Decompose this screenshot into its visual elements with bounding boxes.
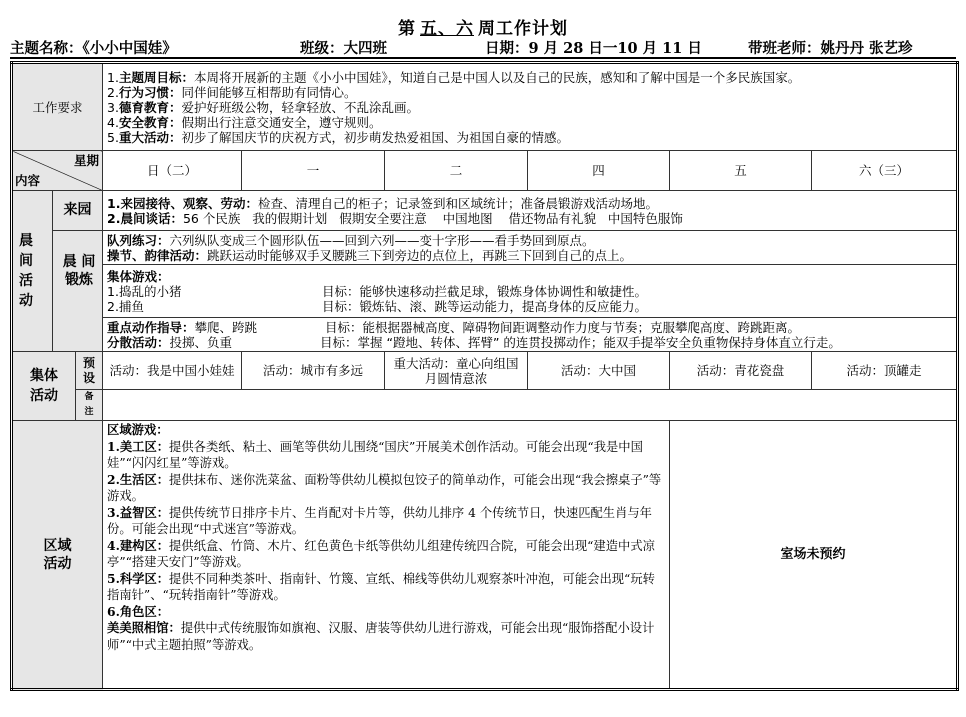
day-header: 二 <box>385 151 528 191</box>
group-activity-notes <box>103 390 958 421</box>
morning-exercise-label: 晨 间 锻炼 <box>53 231 103 352</box>
arrival-content: 1.来园接待、观察、劳动：检查、清理自己的柜子；记录签到和区域统计；准备晨锻游戏… <box>103 191 958 231</box>
area-item-title: 5.科学区： <box>107 571 169 586</box>
guidance-text: 攀爬、跨跳 <box>195 320 258 335</box>
weekday-content-corner: 星期 内容 <box>12 151 103 191</box>
line-text: 检查、清理自己的柜子；记录签到和区域统计；准备晨锻游戏活动场地。 <box>258 196 658 211</box>
corner-weekday-label: 星期 <box>74 153 99 168</box>
group-activity-cell: 活动：青花瓷盘 <box>670 352 812 390</box>
requirement-item: 1.主题周目标：本周将开展新的主题《小小中国娃》，知道自己是中国人以及自己的民族… <box>107 70 952 85</box>
morning-activity-label: 晨间活动 <box>12 191 53 352</box>
line-title: 队列练习： <box>107 233 170 248</box>
guidance-content: 重点动作指导：攀爬、跨跳目标：能根据器械高度、障碍物间距调整动作力度与节奏；克服… <box>103 318 958 352</box>
plan-meta-bar: 主题名称：《小小中国娃》 班级：大四班 日期：9 月 28 日一10 月 11 … <box>10 37 956 59</box>
games-title: 集体游戏： <box>107 269 952 284</box>
requirement-item: 5.重大活动：初步了解国庆节的庆祝方式，初步萌发热爱祖国、为祖国自豪的情感。 <box>107 130 952 145</box>
area-item: 2.生活区：提供抹布、迷你洗菜盆、面粉等供幼儿模拟包饺子的简单动作，可能会出现“… <box>107 472 665 505</box>
group-activity-label: 集体活动 <box>12 352 76 421</box>
item-text: 初步了解国庆节的庆祝方式，初步萌发热爱祖国、为祖国自豪的情感。 <box>181 130 569 145</box>
area-games-content: 区域游戏： 1.美工区：提供各类纸、粘土、画笔等供幼儿围绕“国庆”开展美术创作活… <box>103 421 670 690</box>
day-header: 六（三） <box>812 151 958 191</box>
area-item: 3.益智区：提供传统节日排序卡片、生肖配对卡片等，供幼儿排序 4 个传统节日，快… <box>107 505 665 538</box>
area-item-text: 提供传统节日排序卡片、生肖配对卡片等，供幼儿排序 4 个传统节日，快速匹配生肖与… <box>107 506 652 537</box>
area-activity-row: 区域 活动 区域游戏： 1.美工区：提供各类纸、粘土、画笔等供幼儿围绕“国庆”开… <box>12 421 958 690</box>
requirement-item: 3.德育教育：爱护好班级公物，轻拿轻放、不乱涂乱画。 <box>107 100 952 115</box>
teachers: 带班老师：姚丹丹 张艺珍 <box>748 37 913 58</box>
area-item-title: 美美照相馆： <box>107 620 181 635</box>
group-activity-cell: 重大活动：童心向组国 月圆情意浓 <box>385 352 528 390</box>
day-header: 四 <box>528 151 670 191</box>
title-prefix: 第 <box>398 19 416 39</box>
weekly-plan-table: 工作要求 1.主题周目标：本周将开展新的主题《小小中国娃》，知道自己是中国人以及… <box>10 61 959 691</box>
area-item: 6.角色区： <box>107 604 665 621</box>
arrival-line: 1.来园接待、观察、劳动：检查、清理自己的柜子；记录签到和区域统计；准备晨锻游戏… <box>107 196 952 211</box>
title-weeks: 五、六 <box>416 19 478 39</box>
title-suffix: 周工作计划 <box>478 19 568 39</box>
area-item: 美美照相馆：提供中式传统服饰如旗袍、汉服、唐装等供幼儿进行游戏，可能会出现“服饰… <box>107 620 665 653</box>
day-header: 一 <box>242 151 385 191</box>
corner-content-label: 内容 <box>15 173 40 188</box>
day-header-row: 星期 内容 日（二） 一 二 四 五 六（三） <box>12 151 958 191</box>
group-activity-cell: 活动：大中国 <box>528 352 670 390</box>
area-item-text: 提供纸盒、竹筒、木片、红色黄色卡纸等供幼儿组建传统四合院，可能会出现“建造中式凉… <box>107 539 655 570</box>
guidance-row: 重点动作指导：攀爬、跨跳目标：能根据器械高度、障碍物间距调整动作力度与节奏；克服… <box>12 318 958 352</box>
requirements-row: 工作要求 1.主题周目标：本周将开展新的主题《小小中国娃》，知道自己是中国人以及… <box>12 63 958 151</box>
area-item: 1.美工区：提供各类纸、粘土、画笔等供幼儿围绕“国庆”开展美术创作活动。可能会出… <box>107 439 665 472</box>
line-title: 2.晨间谈话： <box>107 211 183 226</box>
game-goal: 目标：锻炼钻、滚、跳等运动能力，提高身体的反应能力。 <box>322 299 647 314</box>
theme-name: 主题名称：《小小中国娃》 <box>10 37 177 58</box>
game-item: 1.捣乱的小猪目标：能够快速移动拦截足球，锻炼身体协调性和敏捷性。 <box>107 284 952 299</box>
requirements-label: 工作要求 <box>12 63 103 151</box>
arrival-row: 晨间活动 来园 1.来园接待、观察、劳动：检查、清理自己的柜子；记录签到和区域统… <box>12 191 958 231</box>
page-title: 第五、六周工作计划 <box>0 14 966 39</box>
game-name: 1.捣乱的小猪 <box>107 284 181 299</box>
area-activity-label: 区域 活动 <box>12 421 103 690</box>
item-text: 假期出行注意交通安全，遵守规则。 <box>181 115 381 130</box>
item-text: 同伴间能够互相帮助有同情心。 <box>181 85 356 100</box>
area-item-text: 提供不同种类茶叶、指南针、竹篾、宣纸、棉线等供幼儿观察茶叶冲泡，可能会出现“玩转… <box>107 572 655 603</box>
area-games-heading: 区域游戏： <box>107 422 665 439</box>
guidance-goal: 目标：能根据器械高度、障碍物间距调整动作力度与节奏；克服攀爬高度、跨跳距离。 <box>325 320 800 335</box>
item-text: 本周将开展新的主题《小小中国娃》，知道自己是中国人以及自己的民族，感知和了解中国… <box>194 70 800 85</box>
area-item-text: 提供抹布、迷你洗菜盆、面粉等供幼儿模拟包饺子的简单动作，可能会出现“我会擦桌子”… <box>107 473 661 504</box>
requirement-item: 4.安全教育：假期出行注意交通安全，遵守规则。 <box>107 115 952 130</box>
group-activity-cell: 活动：城市有多远 <box>242 352 385 390</box>
line-text: 六列纵队变成三个圆形队伍——回到六列——变十字形——看手势回到原点。 <box>170 233 595 248</box>
item-title: 重大活动： <box>119 130 182 145</box>
group-activity-cell: 活动：我是中国小娃娃 <box>103 352 242 390</box>
guidance-text: 投掷、负重 <box>170 335 233 350</box>
drill-line: 操节、韵律活动：跳跃运动时能够双手叉腰跳三下到旁边的点位上，再跳三下回到自己的点… <box>107 248 952 263</box>
group-activity-cell: 活动：顶罐走 <box>812 352 958 390</box>
games-content: 集体游戏： 1.捣乱的小猪目标：能够快速移动拦截足球，锻炼身体协调性和敏捷性。 … <box>103 265 958 318</box>
day-header: 五 <box>670 151 812 191</box>
area-label-line: 活动 <box>17 555 98 573</box>
area-item-text: 提供各类纸、粘土、画笔等供幼儿围绕“国庆”开展美术创作活动。可能会出现“我是中国… <box>107 440 643 471</box>
area-item-title: 1.美工区： <box>107 439 169 454</box>
item-num: 4. <box>107 115 119 130</box>
item-num: 3. <box>107 100 119 115</box>
game-goal: 目标：能够快速移动拦截足球，锻炼身体协调性和敏捷性。 <box>322 284 647 299</box>
group-activity-note-row: 备注 <box>12 390 958 421</box>
area-item-title: 4.建构区： <box>107 538 169 553</box>
games-row: 集体游戏： 1.捣乱的小猪目标：能够快速移动拦截足球，锻炼身体协调性和敏捷性。 … <box>12 265 958 318</box>
item-text: 爱护好班级公物，轻拿轻放、不乱涂乱画。 <box>181 100 419 115</box>
requirement-item: 2.行为习惯：同伴间能够互相帮助有同情心。 <box>107 85 952 100</box>
plan-label-text: 预设 <box>83 356 96 386</box>
class-name: 班级：大四班 <box>300 37 387 58</box>
drill-row: 晨 间 锻炼 队列练习：六列纵队变成三个圆形队伍——回到六列——变十字形——看手… <box>12 231 958 265</box>
line-title: 1.来园接待、观察、劳动： <box>107 196 258 211</box>
guidance-title: 重点动作指导： <box>107 320 195 335</box>
item-title: 德育教育： <box>119 100 182 115</box>
line-text: 跳跃运动时能够双手叉腰跳三下到旁边的点位上，再跳三下回到自己的点上。 <box>207 248 632 263</box>
requirements-content: 1.主题周目标：本周将开展新的主题《小小中国娃》，知道自己是中国人以及自己的民族… <box>103 63 958 151</box>
area-item-title: 6.角色区： <box>107 604 169 619</box>
item-title: 行为习惯： <box>119 85 182 100</box>
note-label: 备注 <box>76 390 103 421</box>
morning-activity-text: 晨间活动 <box>19 231 34 311</box>
area-item: 5.科学区：提供不同种类茶叶、指南针、竹篾、宣纸、棉线等供幼儿观察茶叶冲泡，可能… <box>107 571 665 604</box>
arrival-line: 2.晨间谈话：56 个民族 我的假期计划 假期安全要注意 中国地图 借还物品有礼… <box>107 211 952 226</box>
group-activity-text: 集体活动 <box>29 366 59 406</box>
area-item-title: 2.生活区： <box>107 472 169 487</box>
plan-label: 预设 <box>76 352 103 390</box>
guidance-item: 重点动作指导：攀爬、跨跳目标：能根据器械高度、障碍物间距调整动作力度与节奏；克服… <box>107 320 952 335</box>
line-text: 56 个民族 我的假期计划 假期安全要注意 中国地图 借还物品有礼貌 中国特色服… <box>183 211 683 226</box>
line-title: 操节、韵律活动： <box>107 248 207 263</box>
note-label-text: 备注 <box>84 390 94 420</box>
area-item: 4.建构区：提供纸盒、竹筒、木片、红色黄色卡纸等供幼儿组建传统四合院，可能会出现… <box>107 538 665 571</box>
item-num: 5. <box>107 130 119 145</box>
arrival-label: 来园 <box>53 191 103 231</box>
guidance-goal: 目标：掌握 “蹬地、转体、挥臂” 的连贯投掷动作；能双手提举安全负重物保持身体直… <box>320 335 841 350</box>
item-num: 2. <box>107 85 119 100</box>
morning-exercise-text: 晨 间 锻炼 <box>57 253 101 289</box>
item-num: 1. <box>107 70 119 85</box>
drill-line: 队列练习：六列纵队变成三个圆形队伍——回到六列——变十字形——看手势回到原点。 <box>107 233 952 248</box>
game-name: 2.捕鱼 <box>107 299 144 314</box>
area-label-line: 区域 <box>17 537 98 555</box>
date-range: 日期：9 月 28 日一10 月 11 日 <box>485 37 702 58</box>
area-item-text: 提供中式传统服饰如旗袍、汉服、唐装等供幼儿进行游戏，可能会出现“服饰搭配小设计师… <box>107 621 654 652</box>
guidance-item: 分散活动：投掷、负重目标：掌握 “蹬地、转体、挥臂” 的连贯投掷动作；能双手提举… <box>107 335 952 350</box>
guidance-title: 分散活动： <box>107 335 170 350</box>
venue-status: 室场未预约 <box>670 421 958 690</box>
area-item-title: 3.益智区： <box>107 505 169 520</box>
item-title: 主题周目标： <box>119 70 194 85</box>
drill-content: 队列练习：六列纵队变成三个圆形队伍——回到六列——变十字形——看手势回到原点。 … <box>103 231 958 265</box>
day-header: 日（二） <box>103 151 242 191</box>
game-item: 2.捕鱼目标：锻炼钻、滚、跳等运动能力，提高身体的反应能力。 <box>107 299 952 314</box>
item-title: 安全教育： <box>119 115 182 130</box>
group-activity-plan-row: 集体活动 预设 活动：我是中国小娃娃 活动：城市有多远 重大活动：童心向组国 月… <box>12 352 958 390</box>
